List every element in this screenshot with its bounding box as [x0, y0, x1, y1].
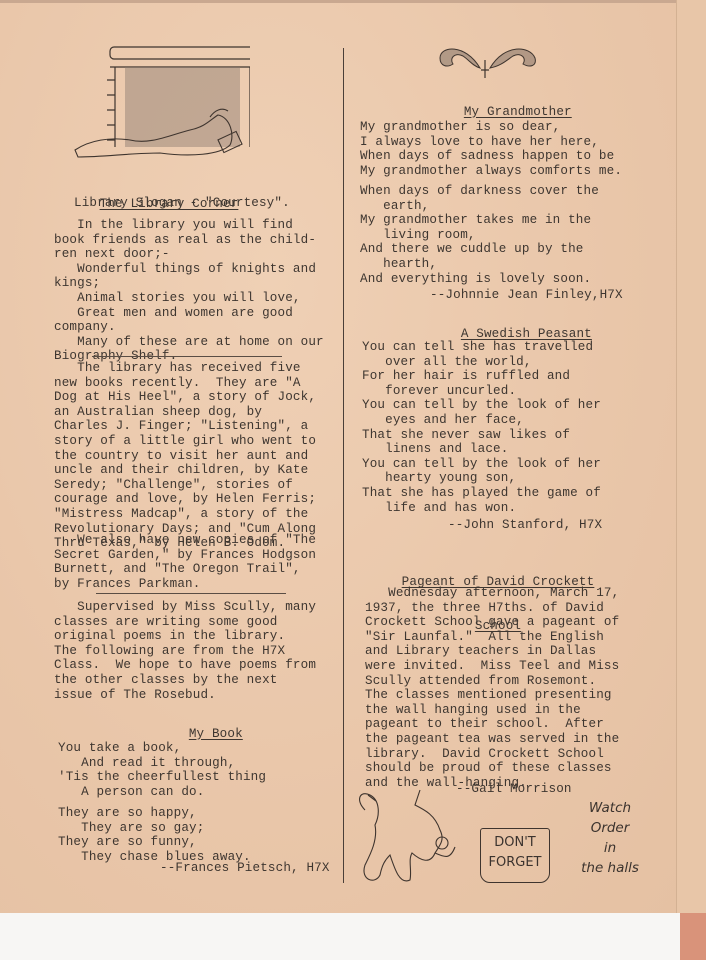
handwritten-line: Order [565, 818, 655, 838]
new-copies-paragraph: We also have new copies of "TheSecret Ga… [54, 533, 344, 591]
text-line: courage and love, by Helen Ferris; [54, 492, 344, 507]
poem-line: My grandmother takes me in the [360, 213, 660, 228]
text-line: library. David Crockett School [365, 747, 665, 762]
text-line: ren next door;- [54, 247, 344, 262]
text-line: new books recently. They are "A [54, 376, 344, 391]
text-line: the pageant tea was served in the [365, 732, 665, 747]
poem-line: earth, [360, 199, 660, 214]
poem-line: They are so happy, [58, 806, 348, 821]
page-top-edge [0, 0, 676, 3]
scroll-ornament [435, 38, 545, 78]
handwritten-line: the halls [565, 858, 655, 878]
text-line: book friends as real as the child- [54, 233, 344, 248]
pageant-article: Wednesday afternoon, March 17,1937, the … [365, 586, 665, 790]
poem-line: And read it through, [58, 756, 348, 771]
grandmother-stanza-1: My grandmother is so dear,I always love … [360, 120, 660, 178]
poem-line: And everything is lovely soon. [360, 272, 660, 287]
watch-order-note: WatchOrderinthe halls [565, 798, 655, 878]
text-line: Burnett, and "The Oregon Trail", [54, 562, 344, 577]
text-line: the wall hanging used in the [365, 703, 665, 718]
text-line: The library has received five [54, 361, 344, 376]
text-line: Secret Garden," by Frances Hodgson [54, 548, 344, 563]
poem-line: You can tell by the look of her [362, 398, 662, 413]
grandmother-stanza-2: When days of darkness cover the earth,My… [360, 184, 660, 286]
text-line: "Mistress Madcap", a story of the [54, 507, 344, 522]
text-line: story of a little girl who went to [54, 434, 344, 449]
sign-text: DON'T [481, 833, 549, 853]
poem-line: over all the world, [362, 355, 662, 370]
text-line: Class. We hope to have poems from [54, 658, 344, 673]
poem-line: My grandmother is so dear, [360, 120, 660, 135]
poem-line: living room, [360, 228, 660, 243]
text-line: Seredy; "Challenge", stories of [54, 478, 344, 493]
text-line: and Library teachers in Dallas [365, 644, 665, 659]
poem-line: eyes and her face, [362, 413, 662, 428]
poem-line: When days of sadness happen to be [360, 149, 660, 164]
text-line: We also have new copies of "The [54, 533, 344, 548]
text-line: Scully attended from Rosemont. [365, 674, 665, 689]
text-line: Dog at His Heel", a story of Jock, [54, 390, 344, 405]
text-line: "Sir Launfal." All the English [365, 630, 665, 645]
poem-line: And there we cuddle up by the [360, 242, 660, 257]
poem-line: My grandmother always comforts me. [360, 164, 660, 179]
poem-line: linens and lace. [362, 442, 662, 457]
poem-title: My Book [189, 727, 243, 741]
text-line: the country to visit her aunt and [54, 449, 344, 464]
text-line: issue of The Rosebud. [54, 688, 344, 703]
text-line: original poems in the library. [54, 629, 344, 644]
text-line: the other classes by the next [54, 673, 344, 688]
poem-line: You take a book, [58, 741, 348, 756]
poem-line: You can tell she has travelled [362, 340, 662, 355]
text-line: Wednesday afternoon, March 17, [365, 586, 665, 601]
text-line: Great men and women are good [54, 306, 344, 321]
poem-line: You can tell by the look of her [362, 457, 662, 472]
handwritten-line: in [565, 838, 655, 858]
poem-line: 'Tis the cheerfullest thing [58, 770, 348, 785]
text-line: were invited. Miss Teel and Miss [365, 659, 665, 674]
text-line: should be proud of these classes [365, 761, 665, 776]
text-line: Charles J. Finger; "Listening", a [54, 419, 344, 434]
dont-forget-sign: DON'T FORGET [480, 828, 550, 883]
text-line: Wonderful things of knights and [54, 262, 344, 277]
poem-line: They are so gay; [58, 821, 348, 836]
text-line: kings; [54, 276, 344, 291]
my-book-stanza-2: They are so happy, They are so gay;They … [58, 806, 348, 864]
poem-title: My Grandmother [464, 105, 572, 119]
library-intro-paragraph: In the library you will findbook friends… [54, 218, 344, 364]
back-page-edge [676, 0, 706, 913]
poem-line: hearth, [360, 257, 660, 272]
text-line: In the library you will find [54, 218, 344, 233]
text-line: 1937, the three H7ths. of David [365, 601, 665, 616]
my-book-stanza-1: You take a book, And read it through,'Ti… [58, 741, 348, 799]
poem-line: That she has played the game of [362, 486, 662, 501]
poems-intro-paragraph: Supervised by Miss Scully, manyclasses a… [54, 600, 344, 702]
text-line: Supervised by Miss Scully, many [54, 600, 344, 615]
text-line: an Australian sheep dog, by [54, 405, 344, 420]
text-line: Crockett School gave a pageant of [365, 615, 665, 630]
new-books-paragraph: The library has received fivenew books r… [54, 361, 344, 551]
poem-line: A person can do. [58, 785, 348, 800]
poem-line: That she never saw likes of [362, 428, 662, 443]
poem-line: For her hair is ruffled and [362, 369, 662, 384]
poem-line: life and has won. [362, 501, 662, 516]
newsletter-page: The Library Corner Library Slogan - "Cou… [0, 0, 676, 913]
library-slogan: Library Slogan - "Courtesy". [74, 196, 364, 211]
dog-cartoon-illustration [350, 785, 500, 895]
poem-line: forever uncurled. [362, 384, 662, 399]
swedish-peasant-poem: You can tell she has travelled over all … [362, 340, 662, 515]
section-rule [96, 593, 286, 594]
text-line: classes are writing some good [54, 615, 344, 630]
back-cover-tab [680, 913, 706, 960]
text-line: The classes mentioned presenting [365, 688, 665, 703]
handwritten-line: Watch [565, 798, 655, 818]
poem-line: I always love to have her here, [360, 135, 660, 150]
section-rule [92, 356, 282, 357]
swedish-peasant-author: --John Stanford, H7X [448, 518, 706, 533]
text-line: by Frances Parkman. [54, 577, 344, 592]
fireplace-reading-girl-illustration [70, 45, 250, 165]
text-line: pageant to their school. After [365, 717, 665, 732]
poem-line: When days of darkness cover the [360, 184, 660, 199]
text-line: The following are from the H7X [54, 644, 344, 659]
text-line: Animal stories you will love, [54, 291, 344, 306]
text-line: uncle and their children, by Kate [54, 463, 344, 478]
poem-line: hearty young son, [362, 471, 662, 486]
grandmother-author: --Johnnie Jean Finley,H7X [430, 288, 706, 303]
poem-line: They are so funny, [58, 835, 348, 850]
text-line: company. [54, 320, 344, 335]
text-line: Many of these are at home on our [54, 335, 344, 350]
poem-title: A Swedish Peasant [461, 327, 592, 341]
sign-text: FORGET [481, 853, 549, 873]
